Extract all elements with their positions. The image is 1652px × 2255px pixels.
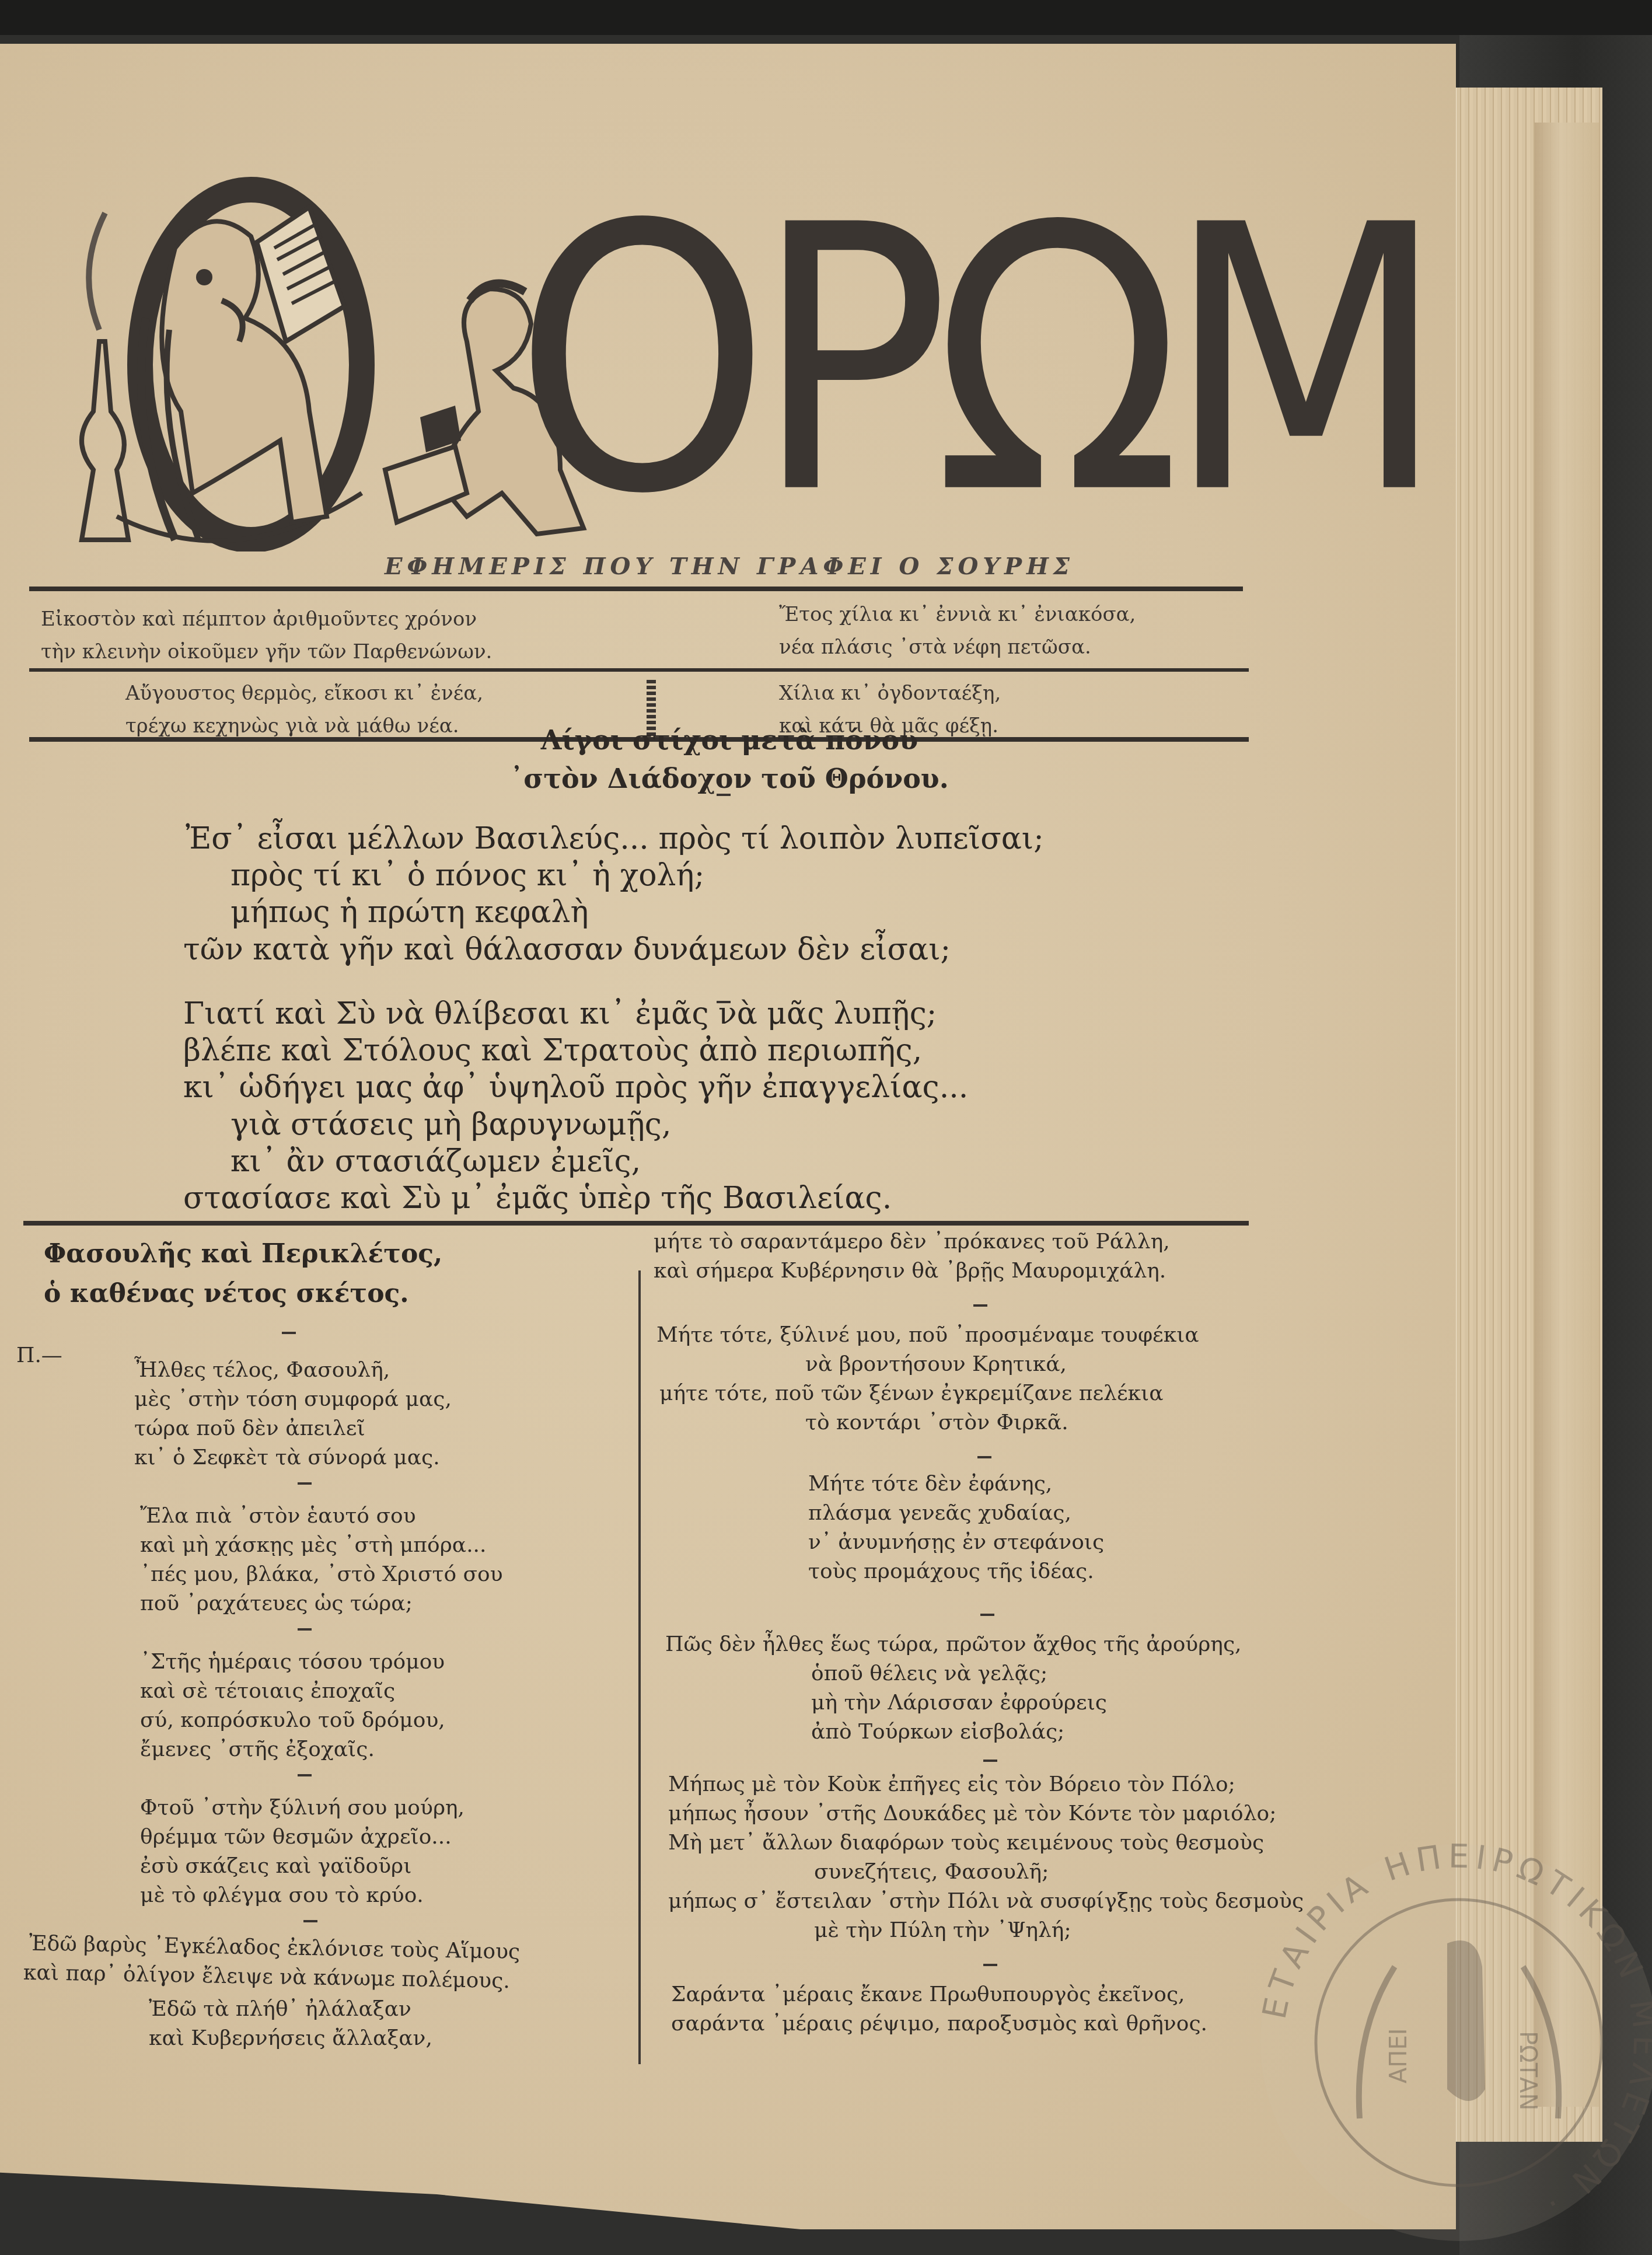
verse-line: Μήτε τότε δὲν ἐφάνης, — [808, 1471, 1052, 1497]
lead-poem-line: κι᾽ ὡδήγει μας ἀφ᾽ ὑψηλοῦ πρὸς γῆν ἐπαγγ… — [183, 1070, 968, 1105]
verse-line: Φτοῦ ᾽στὴν ξύλινή σου μούρη, — [140, 1795, 464, 1821]
header-text-line: Ἔτος χίλια κι᾽ ἐννιὰ κι᾽ ἐνιακόσα, — [779, 598, 1136, 631]
header-text-line: Χίλια κι᾽ ὀγδονταέξη, — [779, 677, 1001, 710]
verse-line: συνεζήτεις, Φασουλῆ; — [814, 1859, 1049, 1886]
header-text-line: νέα πλάσις ᾽στὰ νέφη πετῶσα. — [779, 631, 1136, 664]
column-poem-title: Φασουλῆς καὶ Περικλέτος, ὁ καθένας νέτος… — [44, 1234, 442, 1314]
column-poem-title-line: ὁ καθένας νέτος σκέτος. — [44, 1274, 442, 1314]
library-stamp: ΕΤΑΙΡΙΑ ΗΠΕΙΡΩΤΙΚΩΝ ΜΕΛΕΤΩΝ · ΑΠΕΙ ΡΩΤΑΝ — [1255, 1838, 1652, 2247]
verse-line: ἔμενες ᾽στῆς ἐξοχαῖς. — [140, 1736, 375, 1763]
verse-line: ποῦ ᾽ραχάτευες ὡς τώρα; — [140, 1590, 413, 1617]
verse-line: μὲς ᾽στὴν τόση συμφορά μας, — [134, 1386, 452, 1413]
verse-line: μήτε τὸ σαραντάμερο δὲν ᾽πρόκανες τοῦ Ρά… — [654, 1228, 1170, 1255]
verse-line: σαράντα ᾽μέραις ρέψιμο, παροξυσμὸς καὶ θ… — [671, 2010, 1207, 2037]
verse-line: μήπως ἦσουν ᾽στῆς Δουκάδες μὲ τὸν Κόντε … — [668, 1800, 1276, 1827]
lead-poem-line: βλέπε καὶ Στόλους καὶ Στρατοὺς ἀπὸ περιω… — [183, 1033, 922, 1068]
verse-line: ὁποῦ θέλεις νὰ γελᾷς; — [811, 1660, 1047, 1687]
svg-text:ΑΠΕΙ: ΑΠΕΙ — [1385, 2028, 1412, 2083]
lead-poem-title: Λίγοι στίχοι μετὰ πόνου ᾽στὸν Διάδοχον τ… — [0, 721, 1459, 798]
verse-line: μήπως σ᾽ ἔστειλαν ᾽στὴν Πόλι νὰ συσφίγξῃ… — [668, 1888, 1304, 1915]
separator-dash — [303, 1920, 317, 1922]
verse-line: μὴ τὴν Λάρισσαν ἐφρούρεις — [811, 1689, 1107, 1716]
masthead: ΟΡΩΜΗΟΣ — [58, 155, 1430, 551]
verse-line: σύ, κοπρόσκυλο τοῦ δρόμου, — [140, 1707, 445, 1734]
lead-poem-title-line: Λίγοι στίχοι μετὰ πόνου — [0, 721, 1459, 759]
column-divider — [638, 1270, 641, 2064]
newspaper-page: ΟΡΩΜΗΟΣ ΕΦΗΜΕΡΙΣ ΠΟΥ ΤΗΝ ΓΡΑΦΕΙ Ο ΣΟΥΡΗΣ… — [0, 44, 1456, 2229]
separator-dash — [282, 1332, 296, 1334]
verse-line: καὶ Κυβερνήσεις ἄλλαξαν, — [149, 2025, 432, 2052]
lead-poem-line: τῶν κατὰ γῆν καὶ θάλασσαν δυνάμεων δὲν ε… — [183, 932, 951, 967]
lead-poem-line: Ἐσ᾽ εἶσαι μέλλων Βασιλεύς... πρὸς τί λοι… — [186, 821, 1044, 856]
verse-line: ν᾽ ἀνυμνήσῃς ἐν στεφάνοις — [808, 1529, 1104, 1556]
section-mark: Π.— — [16, 1342, 62, 1369]
column-poem-title-line: Φασουλῆς καὶ Περικλέτος, — [44, 1234, 442, 1274]
verse-line: καὶ σήμερα Κυβέρνησιν θὰ ᾽βρῇς Μαυρομιχά… — [654, 1258, 1166, 1284]
verse-line: Ἦλθες τέλος, Φασουλῆ, — [134, 1357, 390, 1384]
verse-line: μὲ τὸ φλέγμα σου τὸ κρύο. — [140, 1882, 424, 1909]
verse-line: Ἔλα πιὰ ᾽στὸν ἑαυτό σου — [140, 1503, 416, 1530]
verse-line: μήτε τότε, ποῦ τῶν ξένων ἐγκρεμίζανε πελ… — [659, 1380, 1164, 1407]
verse-line: Μήπως μὲ τὸν Κοὺκ ἐπῆγες εἰς τὸν Βόρειο … — [668, 1771, 1235, 1798]
verse-line: Μήτε τότε, ξύλινέ μου, ποῦ ᾽προσμέναμε τ… — [656, 1322, 1199, 1349]
verse-line: κι᾽ ὁ Σεφκὲτ τὰ σύνορά μας. — [134, 1444, 440, 1471]
separator-dash — [298, 1628, 312, 1631]
lead-poem-line: πρὸς τί κι᾽ ὁ πόνος κι᾽ ἡ χολή; — [230, 858, 704, 893]
verse-line: τὸ κοντάρι ᾽στὸν Φιρκᾶ. — [805, 1409, 1068, 1436]
separator-dash — [717, 794, 731, 796]
verse-line: τοὺς προμάχους τῆς ἰδέας. — [808, 1558, 1094, 1585]
verse-line: ᾽Στῆς ἡμέραις τόσου τρόμου — [140, 1649, 445, 1675]
separator-dash — [977, 1456, 991, 1458]
verse-line: καὶ παρ᾽ ὀλίγον ἔλειψε νὰ κάνωμε πολέμου… — [23, 1960, 511, 1995]
verse-line: καὶ σὲ τέτοιαις ἐποχαῖς — [140, 1678, 395, 1705]
newspaper-subtitle: ΕΦΗΜΕΡΙΣ ΠΟΥ ΤΗΝ ΓΡΑΦΕΙ Ο ΣΟΥΡΗΣ — [0, 553, 1459, 580]
verse-line: Μὴ μετ᾽ ἄλλων διαφόρων τοὺς κειμένους το… — [668, 1830, 1264, 1856]
verse-line: καὶ μὴ χάσκῃς μὲς ᾽στὴ μπόρα... — [140, 1532, 487, 1559]
svg-text:ΡΩΤΑΝ: ΡΩΤΑΝ — [1514, 2031, 1541, 2110]
verse-line: Σαράντα ᾽μέραις ἔκανε Πρωθυπουργὸς ἐκεῖν… — [671, 1981, 1185, 2008]
book-cover-top — [0, 0, 1652, 35]
verse-line: τώρα ποῦ δὲν ἀπειλεῖ — [134, 1415, 365, 1442]
lead-poem-title-line: ᾽στὸν Διάδοχον τοῦ Θρόνου. — [0, 759, 1459, 798]
separator-dash — [983, 1964, 997, 1966]
verse-line: νὰ βροντήσουν Κρητικά, — [805, 1351, 1067, 1378]
separator-dash — [973, 1304, 987, 1307]
separator-dash — [298, 1774, 312, 1776]
lead-poem-line: Γιατί καὶ Σὺ νὰ θλίβεσαι κι᾽ ἐμᾶς νὰ μᾶς… — [183, 996, 937, 1031]
header-rule-middle — [29, 668, 1249, 672]
lead-poem-line: στασίασε καὶ Σὺ μ᾽ ἐμᾶς ὑπὲρ τῆς Βασιλεί… — [183, 1181, 892, 1216]
separator-dash — [298, 1482, 312, 1485]
lead-poem-line: μήπως ἡ πρώτη κεφαλὴ — [230, 895, 589, 930]
verse-line: ἐσὺ σκάζεις καὶ γαϊδοῦρι — [140, 1853, 411, 1880]
header-text-line: Εἰκοστὸν καὶ πέμπτον ἀριθμοῦντες χρόνον — [41, 603, 492, 636]
section-rule — [23, 1221, 1249, 1226]
separator-dash — [983, 1760, 997, 1762]
verse-line: Ἐδῶ τὰ πλήθ᾽ ἠλάλαξαν — [149, 1996, 411, 2023]
verse-line: ᾽πές μου, βλάκα, ᾽στὸ Χριστό σου — [140, 1561, 503, 1588]
verse-line: ἀπὸ Τούρκων εἰσβολάς; — [811, 1719, 1064, 1746]
separator-dash — [980, 1614, 994, 1616]
header-top-right: Ἔτος χίλια κι᾽ ἐννιὰ κι᾽ ἐνιακόσα, νέα π… — [779, 598, 1136, 664]
lead-poem-line: κι᾽ ἂν στασιάζωμεν ἐμεῖς, — [230, 1144, 641, 1179]
header-text-line: τὴν κλεινὴν οἰκοῦμεν γῆν τῶν Παρθενώνων. — [41, 636, 492, 668]
torn-page-edges — [1535, 123, 1599, 2107]
header-text-line: Αὔγουστος θερμὸς, εἴκοσι κι᾽ ἐνέα, — [125, 677, 483, 710]
verse-line: πλάσμα γενεᾶς χυδαίας, — [808, 1500, 1071, 1527]
verse-line: μὲ τὴν Πύλη τὴν ᾽Ψηλή; — [814, 1917, 1071, 1944]
lead-poem-line: γιὰ στάσεις μὴ βαρυγνωμῇς, — [230, 1107, 672, 1142]
header-top-left: Εἰκοστὸν καὶ πέμπτον ἀριθμοῦντες χρόνον … — [41, 603, 492, 668]
eagle-icon — [1447, 1940, 1485, 2101]
header-rule-top — [29, 587, 1243, 591]
verse-line: Πῶς δὲν ἦλθες ἕως τώρα, πρῶτον ἄχθος τῆς… — [665, 1631, 1242, 1658]
verse-line: θρέμμα τῶν θεσμῶν ἀχρεῖο... — [140, 1824, 452, 1851]
